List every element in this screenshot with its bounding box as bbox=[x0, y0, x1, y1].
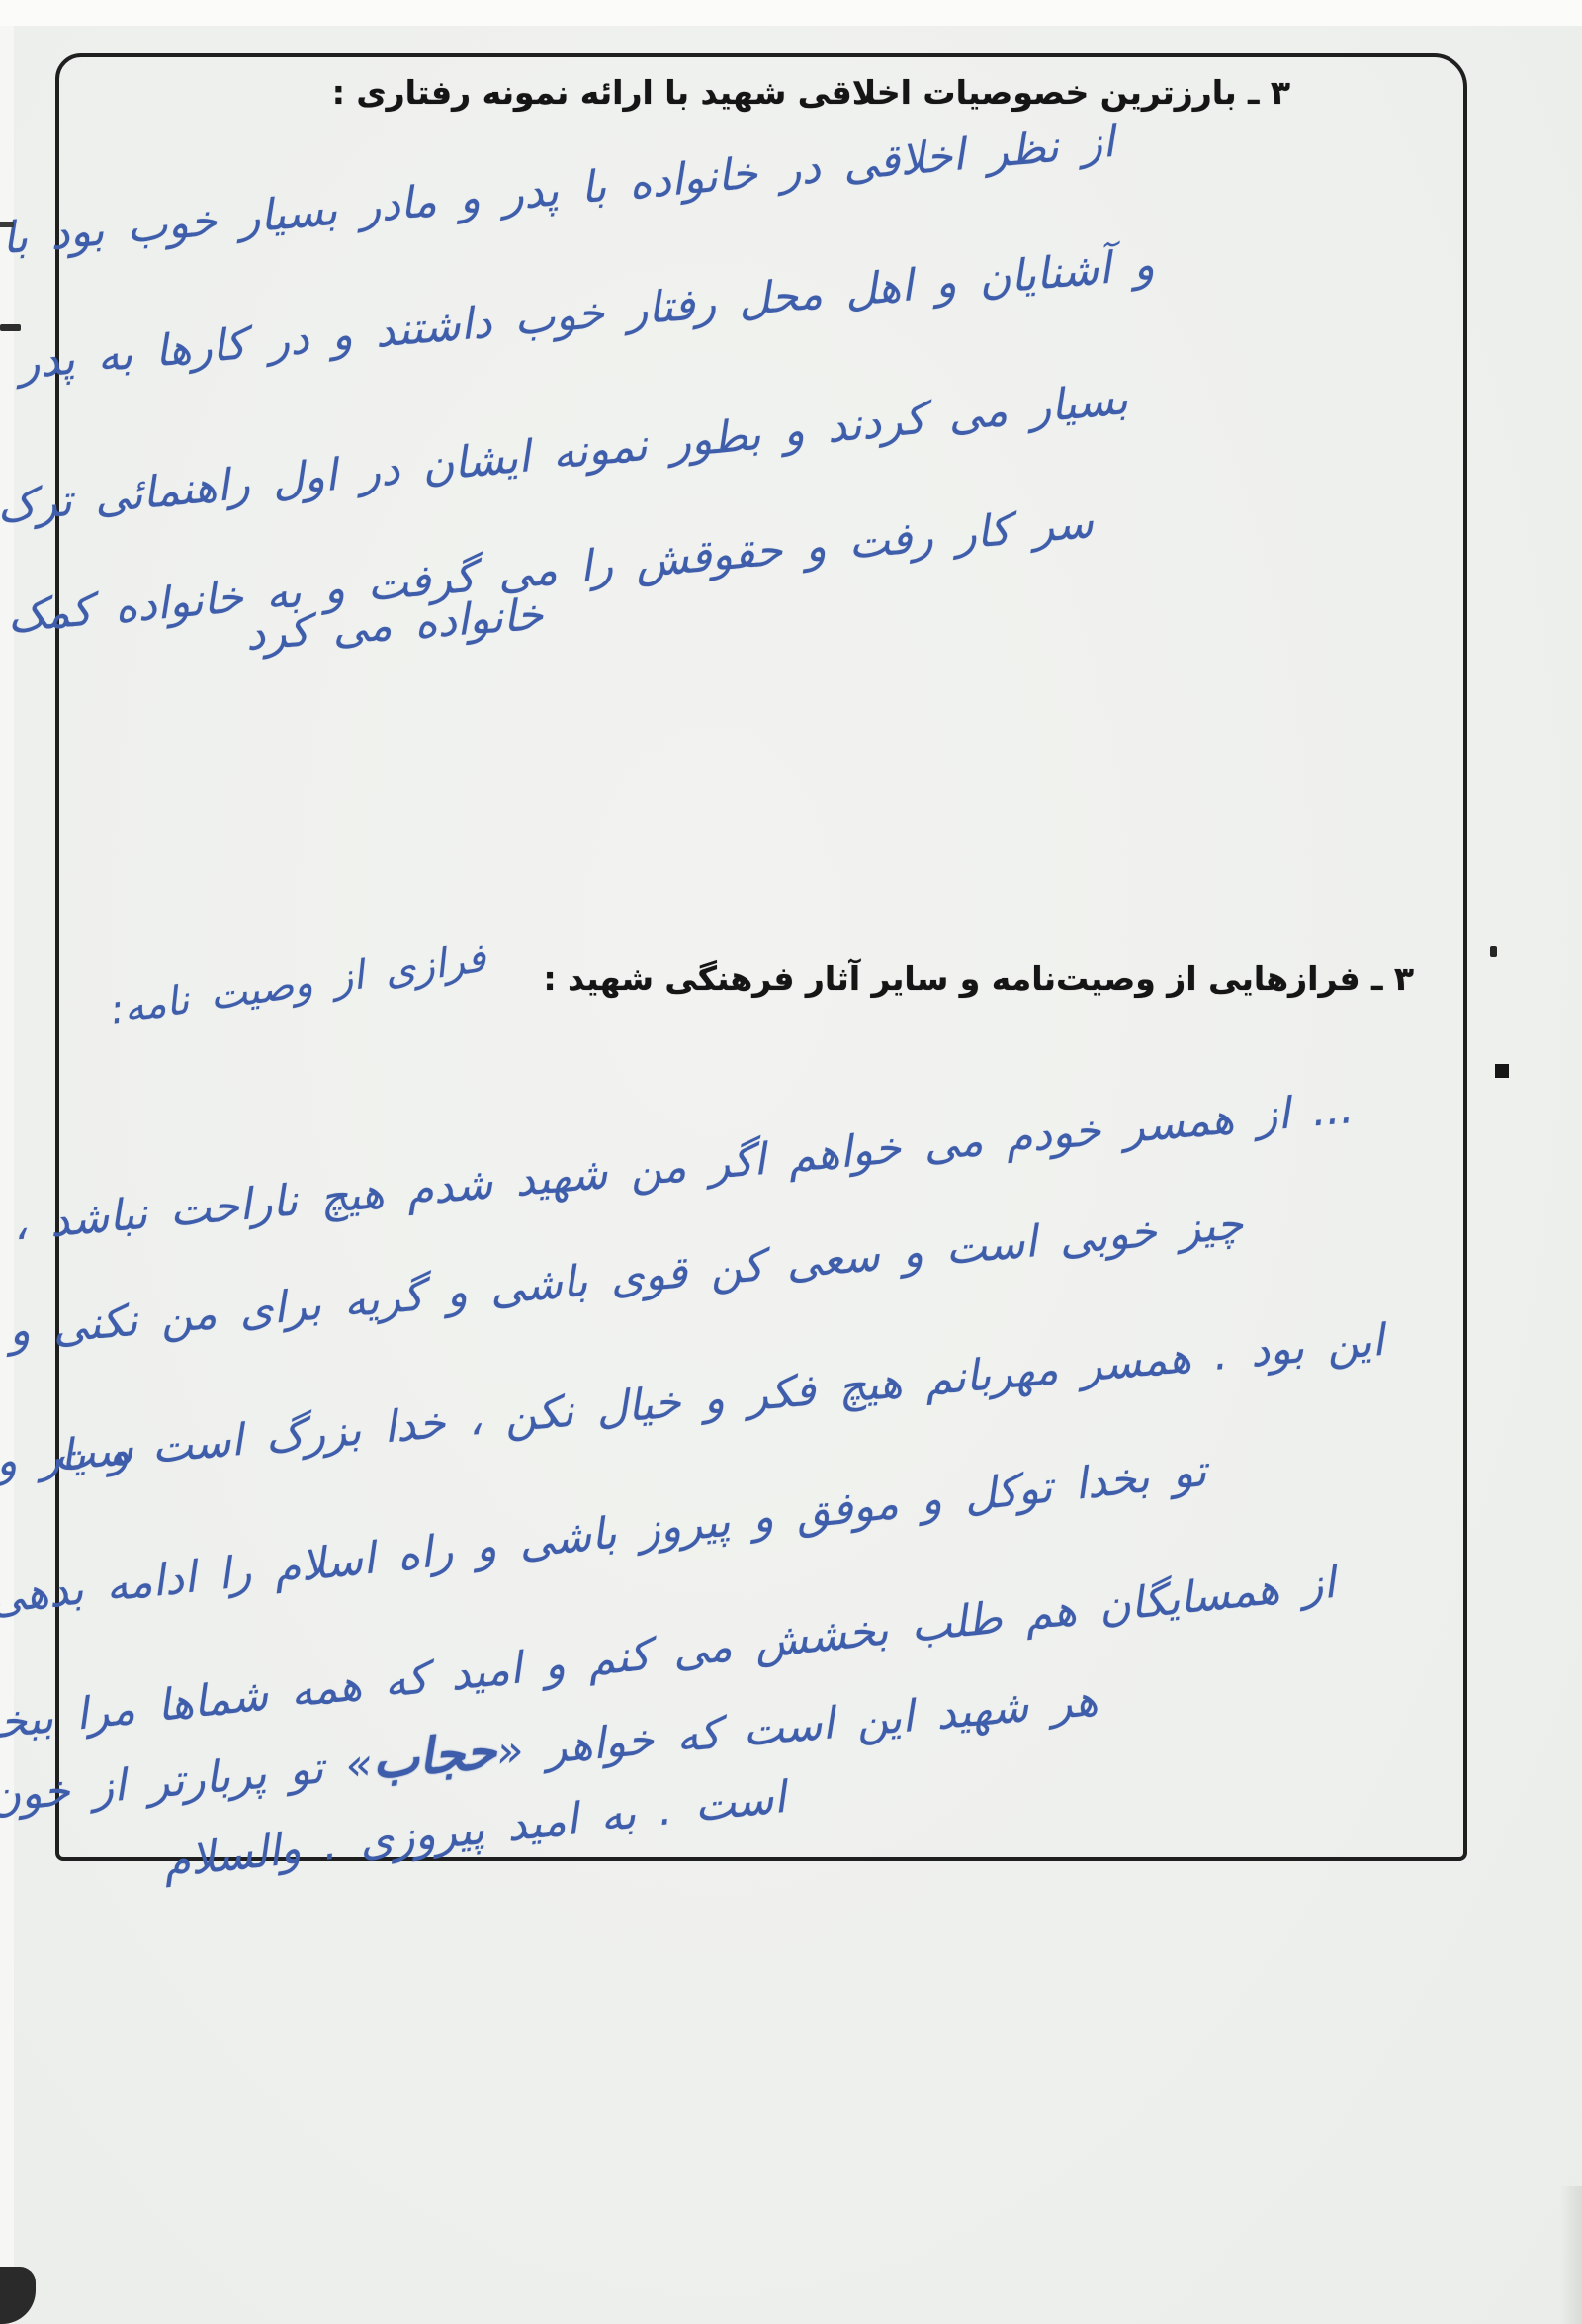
scan-artifact-ink-dot bbox=[1490, 946, 1497, 957]
scan-artifact-square-mark bbox=[1495, 1064, 1509, 1078]
will-handwritten-fragment: ست bbox=[51, 1424, 134, 1481]
scan-artifact-dash-lower bbox=[0, 324, 21, 331]
scanned-form-page: { "colors": { "paper": "#eff1ee", "print… bbox=[0, 0, 1582, 2324]
scan-artifact-edge-shade bbox=[1560, 2186, 1582, 2324]
hijab-emphasized-word: حجاب bbox=[370, 1722, 498, 1790]
scan-artifact-dash-upper bbox=[0, 222, 14, 227]
scan-top-margin bbox=[0, 0, 1582, 26]
scan-artifact-corner-blob bbox=[0, 2267, 36, 2324]
section-traits-heading: ۳ ـ بارزترین خصوصیات اخلاقی شهید با ارائ… bbox=[332, 73, 1290, 112]
section-will-heading: ۳ ـ فرازهایی از وصیت‌نامه و سایر آثار فر… bbox=[543, 959, 1414, 998]
